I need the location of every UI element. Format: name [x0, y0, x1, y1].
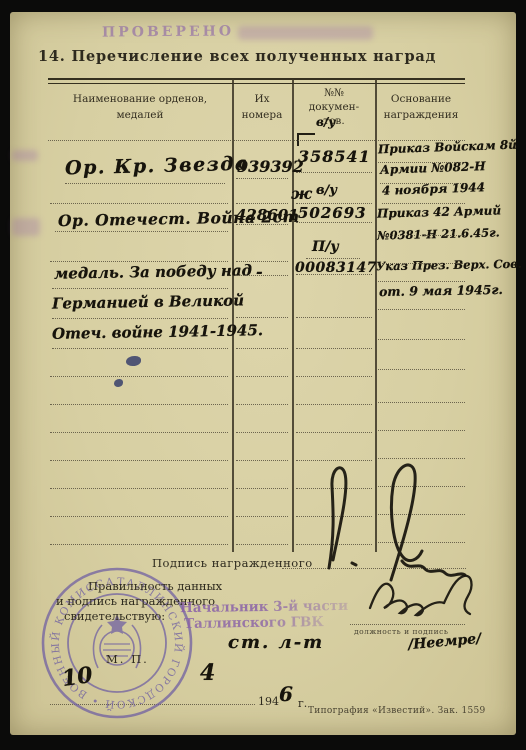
dotted-rule: [50, 203, 228, 204]
year-digit-handwritten: 6: [279, 682, 293, 706]
dotted-rule: [65, 183, 225, 184]
dotted-rule: [378, 309, 465, 310]
dotted-rule: [382, 203, 465, 204]
ink-blot: [126, 356, 141, 366]
date-month: 4: [200, 660, 215, 686]
dotted-rule: [52, 288, 228, 289]
certify-line: Правильность данных: [88, 579, 222, 593]
awardee-signature-label: Подпись награжденного: [152, 556, 313, 570]
table-top-rule: [48, 78, 465, 80]
dotted-rule: [236, 178, 288, 179]
year-printed: 194: [258, 695, 279, 708]
dotted-rule: [236, 224, 288, 225]
dotted-rule: [236, 460, 288, 461]
document-note: П/у: [312, 239, 339, 255]
dotted-rule: [378, 458, 465, 459]
section-title: 14. Перечисление всех полученных наград: [38, 48, 436, 65]
basis-line: Указ През. Верх. Сов.: [376, 257, 522, 274]
award-number: 939392: [237, 157, 304, 176]
dotted-rule: [296, 203, 372, 204]
dotted-rule: [296, 172, 372, 173]
dotted-rule: [296, 274, 372, 275]
header-basis-column: Основание награждения: [377, 92, 465, 124]
award-name: Отеч. войне 1941-1945.: [52, 321, 263, 343]
dotted-rule: [50, 404, 228, 405]
dotted-rule: [236, 261, 288, 262]
award-number: -: [256, 262, 263, 281]
dotted-rule: [236, 404, 288, 405]
dotted-rule: [306, 258, 360, 259]
date-day: 10: [60, 662, 94, 692]
dotted-rule: [48, 140, 465, 141]
header-name-column: Наименование орденов, медалей: [50, 92, 230, 124]
verified-stamp: ПРОВЕРЕНО: [102, 23, 234, 40]
dotted-rule: [55, 231, 228, 232]
document-number: 502693: [298, 204, 367, 222]
header-hand-note: в/у: [316, 115, 335, 129]
year-suffix: г.: [298, 697, 307, 710]
faded-stamp-smudge: [238, 26, 373, 40]
dotted-rule: [296, 432, 372, 433]
dotted-rule: [378, 369, 465, 370]
dotted-rule: [52, 318, 228, 319]
dotted-rule: [296, 222, 372, 223]
typography-imprint: Типография «Известий». Зак. 1559: [308, 706, 486, 716]
dotted-rule: [236, 516, 288, 517]
basis-line: от. 9 мая 1945г.: [379, 282, 503, 299]
dotted-rule: [378, 339, 465, 340]
dotted-rule: [50, 376, 228, 377]
dotted-rule: [236, 544, 288, 545]
ink-blot: [114, 379, 123, 387]
dotted-rule: [378, 263, 465, 264]
column-divider: [232, 79, 234, 552]
dotted-rule: [236, 275, 288, 276]
dotted-rule: [50, 544, 228, 545]
dotted-rule: [50, 261, 228, 262]
awardee-signature: [305, 460, 475, 588]
margin-stamp-fragment: [12, 150, 38, 161]
column-divider: [292, 79, 294, 552]
dotted-rule: [236, 203, 288, 204]
scanned-photo: ПРОВЕРЕНО 14. Перечисление всех полученн…: [0, 0, 526, 750]
award-number: 428601: [236, 206, 299, 224]
margin-stamp-fragment: [12, 218, 40, 236]
basis-line: №0381-Н 21.6.45г.: [377, 225, 500, 242]
mp-label: М. П.: [106, 652, 149, 666]
dotted-rule: [236, 432, 288, 433]
basis-line: Приказ 42 Армий: [377, 203, 501, 220]
dotted-rule: [296, 317, 372, 318]
award-card: ПРОВЕРЕНО 14. Перечисление всех полученн…: [10, 12, 516, 735]
dotted-rule: [50, 488, 228, 489]
award-name: Германией в Великой: [52, 291, 244, 312]
dotted-rule: [378, 235, 465, 236]
chief-stamp-line2: Таллинского ГВК: [184, 614, 324, 632]
dotted-rule: [50, 460, 228, 461]
dotted-rule: [378, 430, 465, 431]
dotted-rule: [52, 348, 228, 349]
award-name: медаль. За победу над: [54, 261, 252, 282]
dotted-rule: [50, 432, 228, 433]
dotted-rule: [236, 317, 288, 318]
dotted-rule: [380, 183, 465, 184]
rank-handwritten: ст. л-т: [228, 632, 324, 653]
dotted-rule: [236, 488, 288, 489]
official-signature: [362, 570, 490, 628]
dotted-rule: [296, 376, 372, 377]
dotted-rule: [378, 162, 465, 163]
dotted-rule: [236, 376, 288, 377]
table-top-rule-thin: [48, 83, 465, 84]
dotted-rule: [378, 402, 465, 403]
dotted-rule: [296, 348, 372, 349]
dotted-rule: [236, 348, 288, 349]
dotted-rule: [296, 404, 372, 405]
document-number: 358541: [298, 147, 371, 166]
header-number-column: Их номера: [234, 92, 290, 124]
document-note: в/у: [316, 183, 337, 198]
dotted-rule: [378, 281, 465, 282]
award-name: Ор. Кр. Звезда: [65, 153, 249, 180]
document-note: ж: [291, 184, 312, 203]
dotted-rule: [50, 516, 228, 517]
certify-line: свидетельствую:: [64, 609, 165, 623]
